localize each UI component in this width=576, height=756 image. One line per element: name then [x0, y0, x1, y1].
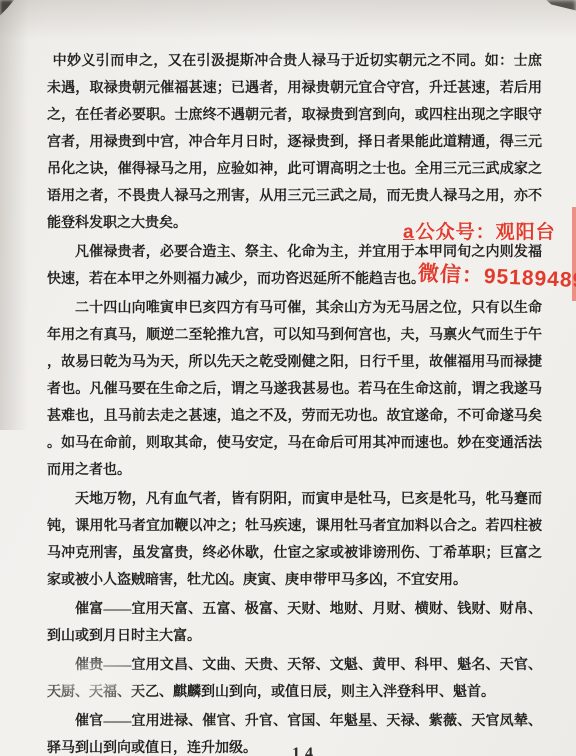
scan-shadow-top-right-corner — [546, 0, 576, 14]
paragraph-ershisi-shanxiang: 二十四山向唯寅申巳亥四方有马可催，其余山方为无马居之位，只有以生命年用之有真马，… — [47, 295, 542, 484]
scan-shadow-left-edge — [0, 0, 28, 430]
paragraph-cui-lugui: 凡催禄贵者，必要合造主、祭主、化命为主，并宜用于本甲同旬之内则发福快速，若在本甲… — [47, 239, 542, 293]
scan-shadow-top-left-corner — [0, 0, 14, 17]
paragraph-luma-chaoyuan: 中妙义引而申之，又在引汲提斯冲合贵人禄马于近切实朝元之不同。如：士庶未遇，取禄贵… — [47, 48, 542, 237]
scanned-book-page: 中妙义引而申之，又在引汲提斯冲合贵人禄马于近切实朝元之不同。如：士庶未遇，取禄贵… — [0, 0, 576, 756]
watermark-right-edge-strip — [572, 207, 576, 301]
paragraph-tiandi-wanwu: 天地万物，凡有血气者，皆有阴阳，而寅申是牡马，巳亥是牝马，牝马蹇而钝，课用牝马者… — [47, 486, 542, 594]
page-number: 14 — [292, 745, 318, 756]
page-text: 中妙义引而申之，又在引汲提斯冲合贵人禄马于近切实朝元之不同。如：士庶未遇，取禄贵… — [47, 48, 542, 756]
paragraph-cuifu: 催富——宜用天富、五富、极富、天财、地财、月财、横财、钱财、财帛、到山或到月日时… — [47, 596, 542, 650]
paragraph-cuigui: 催贵——宜用文昌、文曲、天贵、天帑、文魁、黄甲、科甲、魁名、天官、天厨、天福、天… — [47, 652, 542, 706]
